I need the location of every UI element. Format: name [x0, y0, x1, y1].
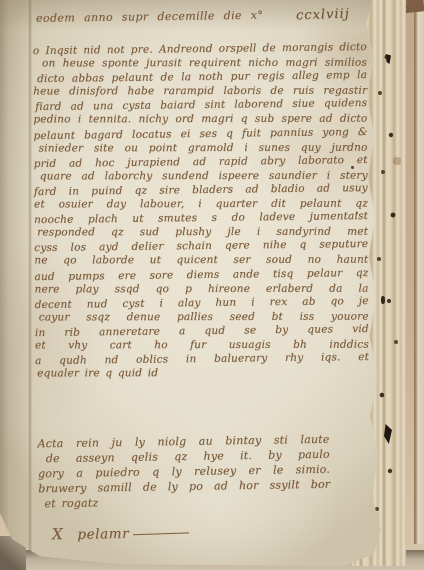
background-right-strip	[414, 0, 424, 544]
manuscript-line: et rogatz	[38, 492, 330, 512]
page-edge-notch	[381, 296, 385, 304]
manuscript-line: equaler ire q quid id	[35, 366, 369, 381]
manuscript-page: eodem anno supr decemille die x° ccxlvii…	[0, 0, 400, 570]
folio-number: ccxlviij	[296, 6, 376, 24]
signature-flourish	[133, 532, 189, 535]
closing-text-block: Acta rein ju ly niolg au bintay sti laut…	[37, 432, 330, 512]
manuscript-photo: eodem anno supr decemille die x° ccxlvii…	[0, 0, 424, 570]
main-text-block: o Inqsit nid not pre. Andreond orspell d…	[33, 41, 369, 382]
signature-line: Xpelamr	[52, 523, 189, 543]
signature-name: pelamr	[77, 526, 129, 543]
signature-mark: X	[52, 525, 64, 543]
